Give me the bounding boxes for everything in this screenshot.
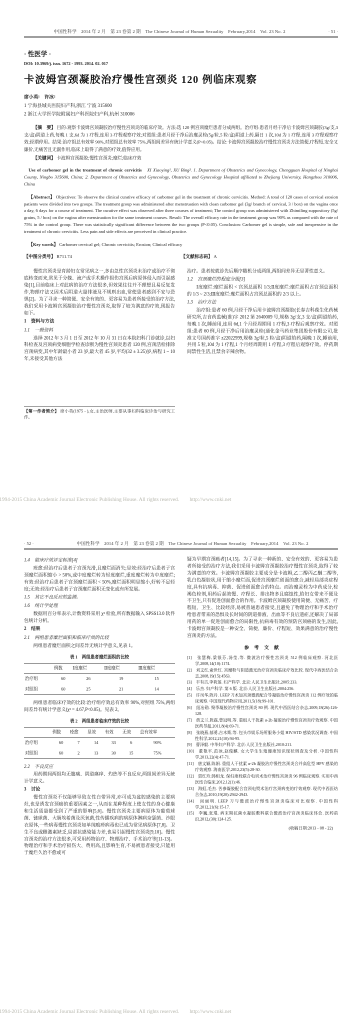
paragraph: 用药期间两组均无腹痛、阴道瘙痒、灼热等不良反应,两组间差异无统计学意义。 <box>24 772 175 786</box>
section-heading-1-3: 1.3 治疗方法 <box>187 299 338 306</box>
page2-right-column: 疑为早期宫颈癌者[14,15]。为了寻求一种新的、安全有效的、更容易为患者所接受… <box>187 557 338 987</box>
footnote-label: 【第一作者简介】 <box>24 409 59 414</box>
paragraph: 治疗组:患者 60 例,月经干净后用卡波姆宫颈凝胶(长春吉科葆生化药械研究所,吉… <box>187 307 338 356</box>
table-cell: 75% <box>140 748 175 759</box>
affiliation-1: 1 宁海县城关医院妇产科,浙江 宁波 315600 <box>24 102 338 109</box>
table-row: 对照组 60 25 21 14 <box>24 684 175 695</box>
table-cell: 治疗组 <box>24 673 54 684</box>
section-heading-1: 1 资料与方法 <box>24 318 175 325</box>
abstract-cn-label: 【摘 要】 <box>33 125 56 130</box>
table2-header: 例数 <box>52 727 70 737</box>
page1-left-column: 慢性宫颈炎是育龄妇女常见病之一,多由急性宫颈炎未治疗或治疗不彻底转变而来,常见于… <box>24 269 175 421</box>
table1-header: Ⅱ度糜烂 <box>104 663 138 673</box>
paragraph: Ⅰ度糜烂:糜烂面积 < 宫颈总面积 1/3;Ⅱ度糜烂:糜烂面积占宫颈总面积的 1… <box>187 285 338 299</box>
abstract-cn-text: 目的:观察卡波姆宫颈凝胶治疗慢性宫颈炎的临床疗效。方法:选 120 例宫颈糜烂患… <box>24 125 338 152</box>
table-cell: 对照组 <box>24 684 54 695</box>
section-heading-1-4: 1.4 临床疗效评定标准[4] <box>24 558 175 565</box>
classification-line: 【中图分类号】 R711.74 【文献标志码】 A <box>24 253 338 260</box>
section-heading-2-2: 2.2 不良反应 <box>24 764 175 771</box>
reference-item: [8] 张晓燕,郁勇,吉木斯,等. 包头市娱乐场所服务小姐 HIV/STD 感染… <box>187 730 338 742</box>
running-head: · 52 · 中国性科学 2014 年 2 月 第 23 卷第 2 期 The … <box>24 540 338 547</box>
section-heading-1-5: 1.5 其它不良反应的监测。 <box>24 594 175 601</box>
clc-value: R711.74 <box>56 254 72 259</box>
table1-header: Ⅰ度糜烂 <box>73 663 105 673</box>
reference-item: [9] 曹泽毅. 中华妇产科学. 北京:人民卫生出版社,2010:211. <box>187 742 338 748</box>
table2-header: 无效 <box>122 727 140 737</box>
paragraph: 数据用百分率表示,计数资料采用 χ² 检验,所有数据输入 SPSS13.0 软件… <box>24 611 175 625</box>
table-cell: 15 <box>138 673 175 684</box>
table-cell: 60 <box>54 673 73 684</box>
table-row: 治疗组 60 7 14 33 6 90% <box>24 737 175 748</box>
table-cell: 30 <box>105 748 123 759</box>
reference-item: [3] 丰有吉,李荷莲. 妇产科学. 北京:人民卫生出版社,2005:233. <box>187 680 338 686</box>
page-number: · 52 · <box>24 541 47 546</box>
table-cell: 25 <box>73 684 105 695</box>
reference-item: [6] 纽冶勋. 聚季凝胶治疗慢性宫颈炎 80 例. 现代中西医结合杂志,200… <box>187 705 338 717</box>
doc-code: 【文献标志码】 A <box>181 253 338 260</box>
page1-body-columns: 慢性宫颈炎是育龄妇女常见病之一,多由急性宫颈炎未治疗或治疗不彻底转变而来,常见于… <box>24 269 338 421</box>
keywords-cn-text: 卡波姆宫颈凝胶;慢性宫颈炎;糜烂;临床疗效 <box>56 156 142 161</box>
table-cell: 60 <box>52 748 70 759</box>
page1-right-column: 治疗。患者按就诊先后顺序随机分成两组,两组间差异无显著性意义。 1.2 宫颈糜烂… <box>187 269 338 421</box>
keywords-en-label: 【Key words】 <box>29 242 59 247</box>
reference-item: [11] 唐文颖,陈娟. 重组人干扰素 α-2b 凝胶治疗慢性宫颈炎合并高危型 … <box>187 761 338 773</box>
keywords-en: 【Key words】 Carbomer cervical gel; Chron… <box>24 241 338 248</box>
reference-item: [7] 黄文兰,陈磊,曾冠明,等. 重组人干扰素 α-2b 凝胶治疗慢性宫颈炎疗… <box>187 717 338 729</box>
section-heading-1-1: 1.1 一般资料 <box>24 327 175 334</box>
page-1: 中国性科学 2014 年 2 月 第 23 卷第 2 期 The Chinese… <box>0 0 362 512</box>
table2-header <box>24 727 52 737</box>
paragraph: 两组患者糜烂面积之间差异无统计学意义,见表 1。 <box>24 643 175 650</box>
affiliation-2: 2 浙江大学医学院附属妇产科医院妇产科,杭州 310006 <box>24 110 338 117</box>
reference-item: [4] 乐杰. 妇产科学. 第 6 版. 北京:人民卫生出版社,2004:256… <box>187 686 338 692</box>
table-cell: 60 <box>54 684 73 695</box>
table-row: 对照组 60 2 13 30 15 75% <box>24 748 175 759</box>
table1-header: 例数 <box>54 663 73 673</box>
doc-code-value: A <box>213 254 217 259</box>
reference-item: [5] 许凤华,陈丹. LEEP 刀术加宫颈微波配合导凝胶治疗慢性宫颈炎 112… <box>187 693 338 705</box>
article-title: 卡波姆宫颈凝胶治疗慢性宫颈炎 120 例临床观察 <box>24 71 338 86</box>
authors-line: 席小英¹ 许冰² <box>24 93 338 100</box>
cnki-watermark: ?1994-2015 China Academic Journal Electr… <box>0 496 231 504</box>
table-cell: 治疗组 <box>24 737 52 748</box>
table-cell: 14 <box>138 684 175 695</box>
section-heading-1-2: 1.2 宫颈糜烂的程度分级[3] <box>187 277 338 284</box>
page2-left-column: 1.4 临床疗效评定标准[4] 痊愈:经治疗后患者子宫颈光滑,且糜烂面消失;显效… <box>24 557 175 987</box>
table1-title: 表 1 两组患者糜烂面积的比较 <box>24 654 175 661</box>
table-cell: 26 <box>73 673 105 684</box>
paragraph: 疑为早期宫颈癌者[14,15]。为了寻求一种新的、安全有效的、更容易为患者所接受… <box>187 557 338 640</box>
table-row: 治疗组 60 26 19 15 <box>24 673 175 684</box>
paragraph: 选择 2012 年 3 月 1 日至 2012 年 10 月 31 日在本院妇科… <box>24 335 175 363</box>
table-cell: 21 <box>104 684 138 695</box>
section-label: · 性医学 · <box>24 49 338 59</box>
table1-header: Ⅲ度糜烂 <box>138 663 175 673</box>
table-cell: 2 <box>70 748 88 759</box>
table-cell: 14 <box>87 737 105 748</box>
reference-item: [2] 刘文红,索世红. 宫糜粉与阴道激光治疗宫颈炎临床疗效比较. 现代中西医结… <box>187 667 338 679</box>
table-cell: 33 <box>105 737 123 748</box>
table-cell: 90% <box>140 737 175 748</box>
abstract-en: 【Abstract】 Objectives: To observe the cl… <box>24 194 338 235</box>
page-2: · 52 · 中国性科学 2014 年 2 月 第 23 卷第 2 期 The … <box>0 512 362 1024</box>
english-title-block: Use of carbomer gel in the treatment of … <box>24 167 338 188</box>
english-title: Use of carbomer gel in the treatment of … <box>29 168 142 173</box>
paragraph: 治疗。患者按就诊先后顺序随机分成两组,两组间差异无显著性意义。 <box>187 269 338 276</box>
page-number: · 51 · <box>315 29 338 34</box>
clc-label: 【中图分类号】 <box>24 254 56 259</box>
table-cell: 15 <box>122 748 140 759</box>
keywords-cn-label: 【关键词】 <box>33 156 56 161</box>
reference-item: [10] 董艳平,范冰,赵俊麒. 女大学生生殖健康知识现状调查及分析. 中国性科… <box>187 749 338 761</box>
first-author-footnote: 【第一作者简介】 席小英(1975 - ),女,主治医师,主要从事妇科临床诊治与… <box>24 406 175 421</box>
table-cell: 60 <box>52 737 70 748</box>
table1-header <box>24 663 54 673</box>
abstract-cn: 【摘 要】 目的:观察卡波姆宫颈凝胶治疗慢性宫颈炎的临床疗效。方法:选 120 … <box>24 124 338 153</box>
table2-header: 有效 <box>105 727 123 737</box>
clc-code: 【中图分类号】 R711.74 <box>24 253 181 260</box>
doi-line: DOI: 10.3969/j. issn. 1672 - 1993. 2014.… <box>24 61 338 66</box>
doc-code-label: 【文献标志码】 <box>181 254 213 259</box>
received-date: (收稿日期:2013 - 08 - 22) <box>187 825 338 832</box>
reference-item: [1] 张慧梅,梁银芬,汤莹,等. 微波治疗慢性宫颈炎 512 例临床观察. 河… <box>187 655 338 667</box>
table2-title: 表 2 两组患者临床疗效的比较 <box>24 718 175 725</box>
keywords-en-text: Carbomer cervical gel; Chronic cerviciti… <box>58 242 182 247</box>
paragraph: 慢性宫颈炎是育龄妇女常见病之一,多由急性宫颈炎未治疗或治疗不彻底转变而来,常见于… <box>24 269 175 318</box>
table-cell: 19 <box>104 673 138 684</box>
section-heading-2-1: 2.1 两组患者糜烂面积和临床疗效的比较 <box>24 635 175 642</box>
reference-item: [12] 贾红玲,韩相龙. 保妇康栓联合电切术治疗慢性宫颈炎 96 例临床观察.… <box>187 774 338 786</box>
header-rule <box>24 549 338 550</box>
section-heading-1-6: 1.6 统计学处理 <box>24 603 175 610</box>
document-canvas: 中国性科学 2014 年 2 月 第 23 卷第 2 期 The Chinese… <box>0 0 362 1024</box>
references-list: [1] 张慧梅,梁银芬,汤莹,等. 微波治疗慢性宫颈炎 512 例临床观察. 河… <box>187 655 338 823</box>
table2-header: 总有效率 <box>140 727 175 737</box>
running-head: 中国性科学 2014 年 2 月 第 23 卷第 2 期 The Chinese… <box>24 28 338 35</box>
section-heading-2: 2 结果 <box>24 626 175 633</box>
paragraph: 痊愈:经治疗后患者子宫颈光滑,且糜烂面消失;显效:经治疗后患者子宫颈糜烂面积缩小… <box>24 565 175 593</box>
journal-line: 中国性科学 2014 年 2 月 第 23 卷第 2 期 The Chinese… <box>24 28 315 35</box>
cnki-watermark: ?1994-2015 China Academic Journal Electr… <box>0 1008 231 1016</box>
table2-header: 痊愈 <box>70 727 88 737</box>
section-heading-3: 3 讨论 <box>24 787 175 794</box>
journal-line: 中国性科学 2014 年 2 月 第 23 卷第 2 期 The Chinese… <box>47 540 338 547</box>
references-heading: 参 考 文 献 <box>187 645 338 652</box>
table-cell: 13 <box>87 748 105 759</box>
reference-item: [15] 李巍,张琨. 病末期抗菌水凝胶敷料联合微波治疗宫颈炎临床体会. 医药前… <box>187 811 338 823</box>
paragraph: 慢性宫颈炎不仅能够导致女性白带异常,亦可成为盆腔感染的主要病灶,也是诱发宫颈癌的… <box>24 795 175 858</box>
table2-header: 显效 <box>87 727 105 737</box>
reference-item: [14] 闵丽明. LEEP 刀与微波治疗慢性宫颈炎临床对比观察. 中国性科学,… <box>187 798 338 810</box>
keywords-cn: 【关键词】 卡波姆宫颈凝胶;慢性宫颈炎;糜烂;临床疗效 <box>24 155 338 162</box>
table2: 例数 痊愈 显效 有效 无效 总有效率 治疗组 60 7 14 33 <box>24 727 175 759</box>
reference-item: [13] 海虹,毛杰. 苦参凝胶配合宫颈电熨术治疗宫颈病变的疗效观察. 现代中西… <box>187 786 338 798</box>
page2-body-columns: 1.4 临床疗效评定标准[4] 痊愈:经治疗后患者子宫颈光滑,且糜烂面消失;显效… <box>24 557 338 987</box>
table1: 例数 Ⅰ度糜烂 Ⅱ度糜烂 Ⅲ度糜烂 治疗组 60 26 19 15 <box>24 663 175 695</box>
footnote-rule <box>24 406 175 407</box>
abstract-en-label: 【Abstract】 <box>29 194 55 199</box>
abstract-en-text: Objectives: To observe the clinical cura… <box>24 194 338 233</box>
header-rule <box>24 37 338 38</box>
table-cell: 7 <box>70 737 88 748</box>
table-cell: 6 <box>122 737 140 748</box>
paragraph: 两组患者临床疗效的比较:治疗组疗效总有效率 90%,对照组 75%,两组间差异有… <box>24 700 175 714</box>
table-cell: 对照组 <box>24 748 52 759</box>
